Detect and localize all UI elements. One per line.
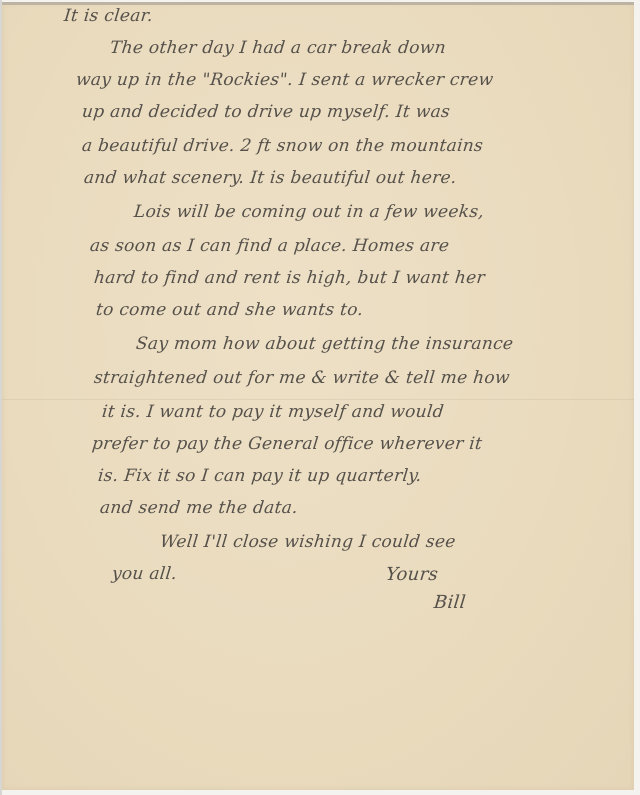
letter-line: and send me the data.	[99, 498, 299, 518]
letter-line: Say mom how about getting the insurance	[135, 334, 514, 354]
letter-line: Lois will be coming out in a few weeks,	[133, 202, 485, 222]
letter-page: It is clear. The other day I had a car b…	[2, 2, 634, 790]
letter-line: to come out and she wants to.	[95, 300, 364, 320]
letter-line: straightened out for me & write & tell m…	[93, 368, 511, 388]
letter-line: Well I'll close wishing I could see	[159, 532, 457, 552]
letter-line: you all.	[111, 564, 178, 584]
letter-line: hard to find and rent is high, but I wan…	[93, 268, 486, 288]
closing: Yours	[385, 564, 439, 585]
letter-line: The other day I had a car break down	[109, 38, 447, 58]
letter-line: is. Fix it so I can pay it up quarterly.	[97, 466, 423, 486]
letter-line: prefer to pay the General office whereve…	[91, 434, 483, 454]
letter-line: up and decided to drive up myself. It wa…	[81, 102, 451, 122]
letter-line: and what scenery. It is beautiful out he…	[83, 168, 458, 188]
letter-line: a beautiful drive. 2 ft snow on the moun…	[81, 136, 484, 156]
letter-line: way up in the "Rockies". I sent a wrecke…	[75, 70, 494, 90]
letter-line: It is clear.	[63, 6, 154, 26]
letter-line: as soon as I can find a place. Homes are	[89, 236, 450, 256]
letter-line: it is. I want to pay it myself and would	[101, 402, 445, 422]
signature: Bill	[433, 592, 467, 613]
